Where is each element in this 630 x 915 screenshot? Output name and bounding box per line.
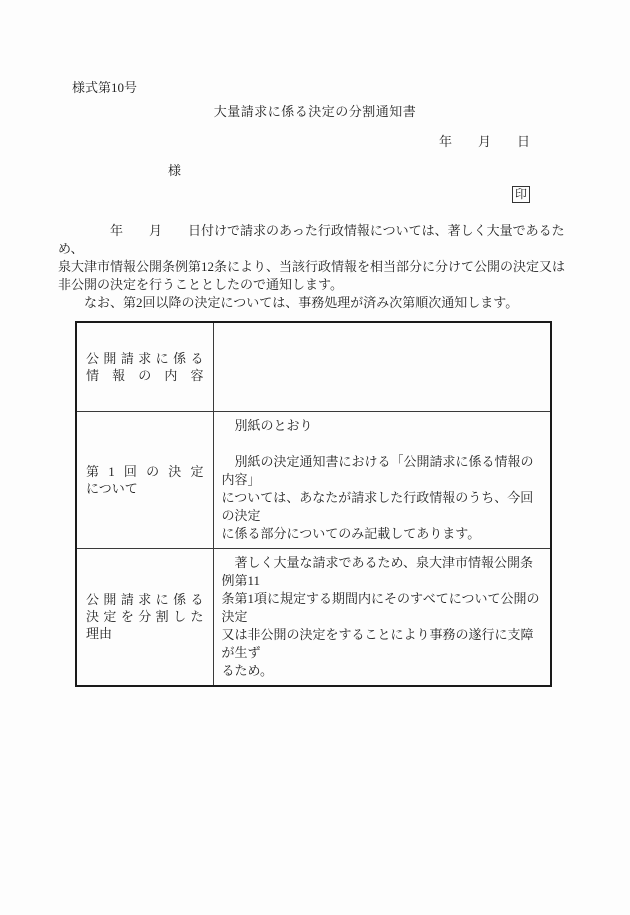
body-paragraph-line: 年 月 日付けで請求のあった行政情報については、著しく大量であるため、 [58,222,572,258]
body-text: 年 月 日付けで請求のあった行政情報については、著しく大量であるため、 泉大津市… [58,222,572,312]
cell-text-line [222,435,545,453]
addressee-line: 様 [168,163,630,179]
cell-first-decision: 別紙のとおり 別紙の決定通知書における「公開請求に係る情報の内容」 については、… [213,411,551,548]
body-paragraph-line: 非公開の決定を行うこととしたので通知します。 [58,276,572,294]
cell-text-line: 条第1項に規定する期間内にそのすべてについて公開の決定 [222,590,545,626]
cell-text-line: に係る部分についてのみ記載してあります。 [222,525,545,543]
date-line: 年 月 日 [0,134,630,150]
document-page: 様式第10号 大量請求に係る決定の分割通知書 年 月 日 様 印 年 月 日付け… [0,0,630,915]
row-header-split-reason: 公開請求に係る 決定を分割した 理由 [76,548,213,686]
header-line: について [86,480,204,497]
cell-text-line: については、あなたが請求した行政情報のうち、今回の決定 [222,489,545,525]
header-line: 公開請求に係る [86,350,204,367]
header-line: 情報の内容 [86,367,204,384]
cell-information-content [213,322,551,411]
header-line: 決定を分割した [86,608,204,625]
seal-stamp: 印 [512,186,530,203]
header-line: 理由 [86,625,204,642]
table-row-information-content: 公開請求に係る 情報の内容 [76,322,551,411]
body-paragraph-line: 泉大津市情報公開条例第12条により、当該行政情報を相当部分に分けて公開の決定又は [58,258,572,276]
cell-text-line: 別紙の決定通知書における「公開請求に係る情報の内容」 [222,453,545,489]
body-paragraph-line: なお、第2回以降の決定については、事務処理が済み次第順次通知します。 [58,294,572,312]
cell-text-line: 又は非公開の決定をすることにより事務の遂行に支障が生ず [222,626,545,662]
decision-table: 公開請求に係る 情報の内容 第1回の決定 について 別紙のとおり 別紙の決定通知… [75,321,552,687]
table-row-first-decision: 第1回の決定 について 別紙のとおり 別紙の決定通知書における「公開請求に係る情… [76,411,551,548]
document-title: 大量請求に係る決定の分割通知書 [0,104,630,120]
table-row-split-reason: 公開請求に係る 決定を分割した 理由 著しく大量な請求であるため、泉大津市情報公… [76,548,551,686]
row-header-information-content: 公開請求に係る 情報の内容 [76,322,213,411]
cell-split-reason: 著しく大量な請求であるため、泉大津市情報公開条例第11 条第1項に規定する期間内… [213,548,551,686]
seal-row: 印 [0,186,630,206]
header-line: 公開請求に係る [86,591,204,608]
cell-text-line: 著しく大量な請求であるため、泉大津市情報公開条例第11 [222,554,545,590]
row-header-first-decision: 第1回の決定 について [76,411,213,548]
form-number: 様式第10号 [72,80,630,96]
header-line: 第1回の決定 [86,463,204,480]
cell-text-line: 別紙のとおり [222,417,545,435]
cell-text-line: るため。 [222,662,545,680]
